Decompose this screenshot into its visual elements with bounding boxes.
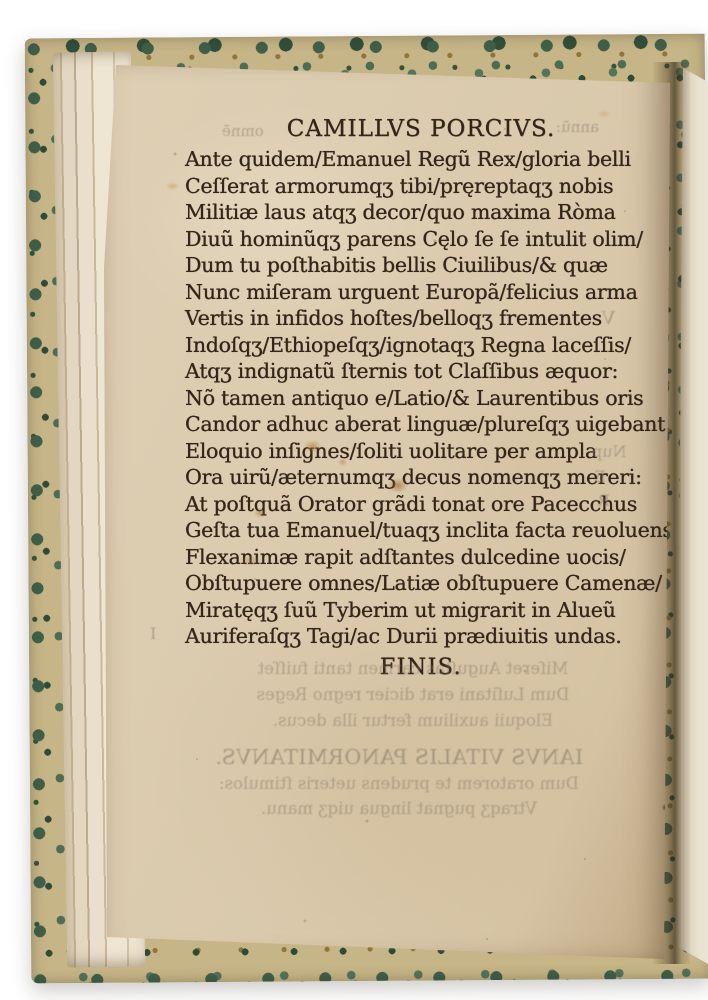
showthrough-ghost-letter: R (598, 491, 610, 510)
poem-line: Atqʒ indignatũ ſternis tot Claſſibus æqu… (185, 358, 657, 385)
showthrough-line: Dum oratorem te prudens ueteris ſtimulos… (164, 771, 634, 796)
showthrough-lines-after-finis: Miſeret Auguſtas carmen tanti fuiſſet Du… (190, 656, 636, 734)
showthrough-line: Eloquii auxilium fertur illa decus. (190, 708, 636, 734)
showthrough-ghost-letter: V (602, 308, 615, 329)
showthrough-verso-heading: IANVS VITALIS PANORMITANVS. (164, 744, 634, 771)
poem-line: Auriferaſqʒ Tagi/ac Durii prædiuitis und… (185, 623, 657, 650)
poem-line: Geſta tua Emanuel/tuaqʒ inclita facta re… (185, 517, 657, 544)
poem-line: Obſtupuere omnes/Latiæ obſtupuere Camenæ… (185, 570, 657, 597)
showthrough-ghost-word: annū: (556, 118, 599, 136)
foxing-stain (388, 478, 408, 493)
showthrough-ghost-letter: I (150, 624, 156, 643)
foxing-stain (166, 182, 179, 190)
foxing-stain (338, 458, 347, 466)
poem-text-block: CAMILLVS PORCIVS. Ante quidem/Emanuel Re… (185, 114, 657, 680)
foxing-stain (598, 110, 610, 118)
foxing-stain (240, 555, 261, 566)
foxing-stain (304, 440, 321, 453)
showthrough-line: Vtraqʒ pugnat lingua uiqʒ manu. (164, 796, 634, 821)
poem-line: Ceſſerat armorumqʒ tibi/pręreptaqʒ nobis (185, 173, 657, 200)
book-photograph: CAMILLVS PORCIVS. Ante quidem/Emanuel Re… (28, 36, 708, 981)
poem-line: Miratęqʒ ſuũ Tyberim ut migrarit in Alue… (185, 597, 657, 624)
showthrough-line: Dum Luſitani erat dicier regno Reges (190, 682, 636, 708)
poem-line: Candor adhuc aberat linguæ/plureſqʒ uige… (185, 411, 657, 438)
poem-line: Diuũ hominũqʒ parens Cęlo ſe ſe intulit … (185, 226, 657, 253)
poem-line: Ora uirũ/æternumqʒ decus nomenqʒ mereri: (185, 464, 657, 491)
poem-line: Militiæ laus atqʒ decor/quo maxima Ròma (185, 199, 657, 226)
poem-line: Nõ tamen antiquo e/Latio/& Laurentibus o… (185, 385, 657, 412)
book-page: CAMILLVS PORCIVS. Ante quidem/Emanuel Re… (104, 58, 670, 963)
showthrough-ghost-word: omnē (222, 122, 264, 140)
showthrough-ghost-word: Nup (592, 442, 627, 461)
showthrough-verso-section: IANVS VITALIS PANORMITANVS. Dum oratorem… (164, 744, 634, 821)
poem-line: Eloquio inſignes/ſoliti uolitare per amp… (185, 438, 657, 465)
poem-line: Ante quidem/Emanuel Regũ Rex/gloria bell… (185, 146, 657, 173)
foxing-stain (254, 508, 266, 518)
poem-line: Dum tu poſthabitis bellis Ciuilibus/& qu… (185, 252, 657, 279)
poem-line: Indoſqʒ/Ethiopeſqʒ/ignotaqʒ Regna laceſſ… (185, 332, 657, 359)
poem-line: Nunc miſeram urguent Europã/felicius arm… (185, 279, 657, 306)
showthrough-line: Miſeret Auguſtas carmen tanti fuiſſet (190, 656, 636, 682)
showthrough-ghost-letter: E (594, 467, 606, 486)
poem-line: Vertis in infidos hoſtes/belloqʒ frement… (185, 305, 657, 332)
